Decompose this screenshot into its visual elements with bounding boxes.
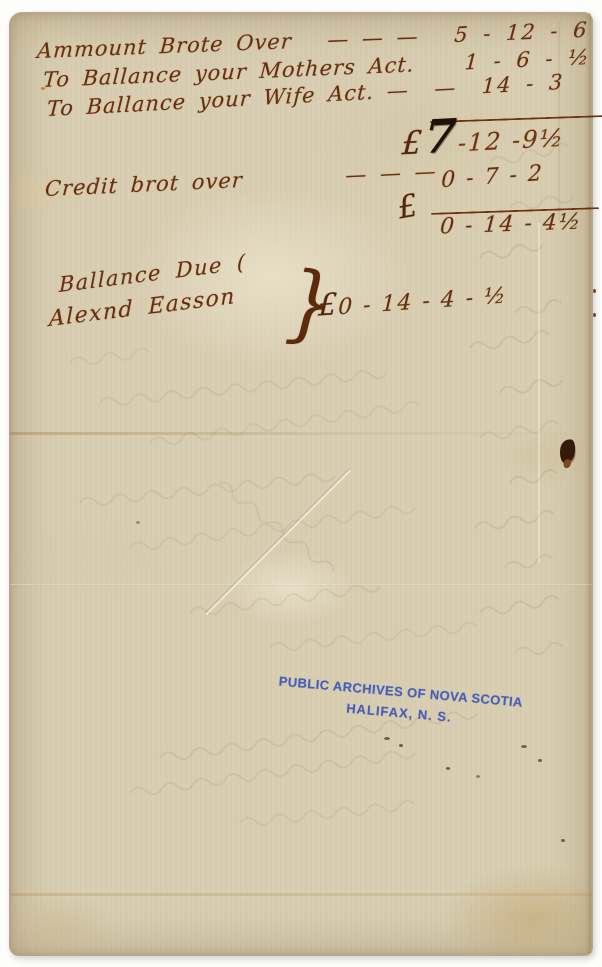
ink-speck [446,767,450,770]
debit-total: £ 7 -12 -9½ [401,107,566,162]
entry-dashes: — [434,78,457,100]
debit-total-shillings-pence: -12 -9½ [457,126,565,156]
entry-label: Ammount Brote Over [36,31,292,62]
ink-speck [399,744,403,747]
fold-crease-horizontal [10,584,592,586]
ink-speck [476,775,480,778]
fold-crease-horizontal [10,432,592,435]
entry-dashes: — — — [345,161,438,186]
balance-due-amount: £ 0 - 14 - 4 - ½ [318,278,508,321]
ink-speck [384,737,390,740]
manuscript-paper: Ammount Brote Over — — — 5 - 12 - 6 To B… [9,12,593,956]
archive-stamp: PUBLIC ARCHIVES OF NOVA SCOTIA HALIFAX, … [270,673,530,731]
debit-total-pounds: 7 [423,112,457,160]
credit-amount: 0 - 7 - 2 [441,160,587,192]
credit-total-amount: 0 - 14 - 4½ [439,211,583,238]
entry-amount: 5 - 12 - 6 [454,20,590,46]
scanned-document: Ammount Brote Over — — — 5 - 12 - 6 To B… [0,0,602,967]
ink-speck [521,745,527,748]
pound-sign: £ [395,191,420,225]
entry-dashes: — — — [327,26,420,51]
credit-entry: Credit brot over — — — [44,161,437,200]
ink-speck [561,839,565,842]
entry-label: Credit brot over [44,170,243,200]
entry-amount: 1 - 6 - ½ [464,47,591,73]
ink-speck [41,87,45,90]
fold-crease-vertical [538,223,540,563]
fold-crease-horizontal [10,893,592,896]
fold-crease-diagonal [205,470,351,616]
ink-speck [136,521,140,524]
ink-speck [593,313,596,317]
balance-amount-value: 0 - 14 - 4 - ½ [338,285,508,319]
pound-sign: £ [318,290,338,321]
entry-amount: 14 - 3 [481,72,565,97]
pound-sign: £ [401,126,423,159]
ink-blot [558,438,577,464]
fold-crease-vertical [586,13,591,953]
ink-speck [593,289,596,293]
ink-speck [538,759,542,762]
